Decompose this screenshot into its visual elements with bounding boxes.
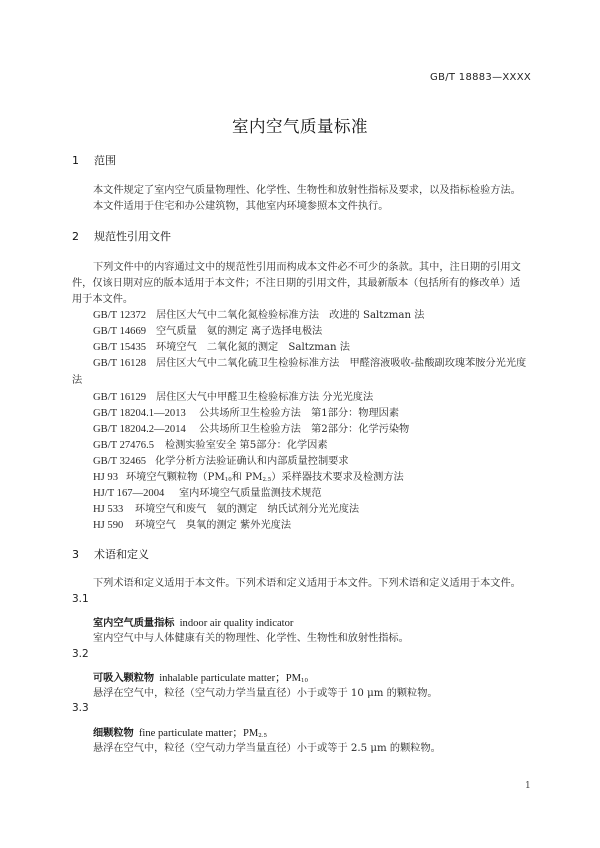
reference-code: HJ 590 bbox=[93, 520, 135, 531]
paragraph: 下列术语和定义适用于本文件。下列术语和定义适用于本文件。下列术语和定义适用于本文… bbox=[93, 574, 521, 589]
reference-code: GB/T 14669 bbox=[93, 326, 156, 337]
section-title: 范围 bbox=[94, 154, 116, 167]
reference-title: 化学分析方法验证确认和内部质量控制要求 bbox=[155, 456, 349, 467]
reference-item: HJ 93环境空气颗粒物（PM10和 PM2.5）采样器技术要求及检测方法 bbox=[93, 468, 404, 483]
section-1-heading: 1范围 bbox=[72, 152, 116, 168]
reference-item: GB/T 16129居住区大气中甲醛卫生检验标准方法 分光光度法 bbox=[93, 388, 373, 403]
reference-title: 公共场所卫生检验方法 第2部分：化学污染物 bbox=[199, 424, 409, 435]
term-title: 室内空气质量指标 indoor air quality indicator bbox=[93, 611, 293, 630]
reference-item: GB/T 15435环境空气 二氧化氮的测定 Saltzman 法 bbox=[93, 338, 350, 353]
term-number: 3.1 bbox=[72, 593, 89, 605]
reference-item: GB/T 12372居住区大气中二氧化氮检验标准方法 改进的 Saltzman … bbox=[93, 306, 424, 321]
reference-code: GB/T 16128 bbox=[93, 358, 156, 369]
reference-item: GB/T 18204.2—2014公共场所卫生检验方法 第2部分：化学污染物 bbox=[93, 420, 409, 435]
reference-code: GB/T 27476.5 bbox=[93, 440, 165, 451]
reference-item: GB/T 18204.1—2013公共场所卫生检验方法 第1部分：物理因素 bbox=[93, 404, 399, 419]
reference-item: GB/T 32465化学分析方法验证确认和内部质量控制要求 bbox=[93, 452, 349, 467]
reference-title: 居住区大气中甲醛卫生检验标准方法 分光光度法 bbox=[156, 392, 373, 403]
reference-item: GB/T 27476.5检测实验室安全 第5部分：化学因素 bbox=[93, 436, 328, 451]
reference-item: HJ 533环境空气和废气 氨的测定 纳氏试剂分光光度法 bbox=[93, 500, 359, 515]
reference-code: HJ 533 bbox=[93, 504, 135, 515]
paragraph: 本文件规定了室内空气质量物理性、化学性、生物性和放射性指标及要求，以及指标检验方… bbox=[93, 181, 521, 196]
section-number: 1 bbox=[72, 154, 94, 167]
document-code: GB/T 18883—XXXX bbox=[430, 72, 531, 83]
term-title: 可吸入颗粒物 inhalable particulate matter；PM10 bbox=[93, 666, 308, 685]
paragraph: 本文件适用于住宅和办公建筑物，其他室内环境参照本文件执行。 bbox=[93, 197, 388, 212]
reference-title: 室内环境空气质量监测技术规范 bbox=[179, 488, 322, 499]
term-definition: 悬浮在空气中，粒径（空气动力学当量直径）小于或等于 2.5 μm 的颗粒物。 bbox=[93, 739, 441, 754]
section-title: 规范性引用文件 bbox=[94, 230, 171, 243]
intro-line: 用于本文件。 bbox=[72, 290, 133, 305]
section-number: 2 bbox=[72, 230, 94, 243]
reference-title: 环境空气 臭氧的测定 紫外光度法 bbox=[135, 520, 291, 531]
reference-title: 检测实验室安全 第5部分：化学因素 bbox=[165, 440, 328, 451]
section-title: 术语和定义 bbox=[94, 548, 149, 561]
reference-code: GB/T 18204.2—2014 bbox=[93, 424, 199, 435]
reference-title: 居住区大气中二氧化硫卫生检验标准方法 甲醛溶液吸收-盐酸副玫瑰苯胺分光光度 bbox=[156, 358, 526, 369]
reference-title: 环境空气颗粒物（PM bbox=[126, 472, 225, 483]
reference-item: HJ 590环境空气 臭氧的测定 紫外光度法 bbox=[93, 516, 291, 531]
reference-code: GB/T 18204.1—2013 bbox=[93, 408, 199, 419]
reference-continuation: 法 bbox=[72, 371, 82, 386]
term-definition: 悬浮在空气中，粒径（空气动力学当量直径）小于或等于 10 μm 的颗粒物。 bbox=[93, 684, 438, 699]
term-definition: 室内空气中与人体健康有关的物理性、化学性、生物性和放射性指标。 bbox=[93, 629, 409, 644]
reference-title: 环境空气 二氧化氮的测定 Saltzman 法 bbox=[156, 342, 350, 353]
reference-title: 环境空气和废气 氨的测定 纳氏试剂分光光度法 bbox=[135, 504, 359, 515]
term-number: 3.3 bbox=[72, 702, 89, 714]
page-title: 室内空气质量标准 bbox=[0, 113, 600, 137]
reference-code: GB/T 16129 bbox=[93, 392, 156, 403]
intro-line: 件，仅该日期对应的版本适用于本文件；不注日期的引用文件，其最新版本（包括所有的修… bbox=[72, 274, 520, 289]
reference-title: 居住区大气中二氧化氮检验标准方法 改进的 Saltzman 法 bbox=[156, 310, 424, 321]
term-number: 3.2 bbox=[72, 648, 89, 660]
reference-title: 空气质量 氨的测定 离子选择电极法 bbox=[156, 326, 322, 337]
page-number: 1 bbox=[525, 781, 531, 791]
reference-item: GB/T 14669空气质量 氨的测定 离子选择电极法 bbox=[93, 322, 322, 337]
reference-code: HJ 93 bbox=[93, 472, 126, 483]
term-title: 细颗粒物 fine particulate matter；PM2.5 bbox=[93, 721, 267, 740]
reference-code: HJ/T 167—2004 bbox=[93, 488, 179, 499]
reference-item: GB/T 16128居住区大气中二氧化硫卫生检验标准方法 甲醛溶液吸收-盐酸副玫… bbox=[93, 354, 526, 369]
reference-code: GB/T 12372 bbox=[93, 310, 156, 321]
intro-line: 下列文件中的内容通过文中的规范性引用而构成本文件必不可少的条款。其中，注日期的引… bbox=[93, 258, 521, 273]
section-number: 3 bbox=[72, 548, 94, 561]
reference-code: GB/T 32465 bbox=[93, 456, 155, 467]
reference-title: 公共场所卫生检验方法 第1部分：物理因素 bbox=[199, 408, 399, 419]
section-2-heading: 2规范性引用文件 bbox=[72, 228, 171, 244]
reference-code: GB/T 15435 bbox=[93, 342, 156, 353]
reference-item: HJ/T 167—2004室内环境空气质量监测技术规范 bbox=[93, 484, 322, 499]
section-3-heading: 3术语和定义 bbox=[72, 546, 149, 562]
